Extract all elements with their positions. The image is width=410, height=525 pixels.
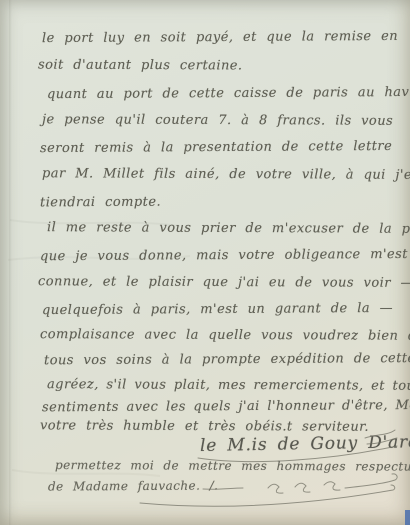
letter-line: connue, et le plaisir que j'ai eu de vou… [38, 274, 410, 291]
paper-crease [9, 0, 12, 525]
letter-line: seront remis à la presentation de cette … [40, 139, 392, 156]
letter-line: votre très humble et très obéis.t servit… [40, 418, 369, 434]
letter-line: par M. Millet fils ainé, de votre ville,… [42, 166, 410, 183]
letter-line: tous vos soins à la prompte expédition d… [44, 351, 410, 369]
letter-line: il me reste à vous prier de m'excuser de… [47, 220, 410, 237]
letter-line: complaisance avec la quelle vous voudrez… [40, 327, 410, 344]
letter-line: agréez, s'il vous plait, mes remerciemen… [47, 377, 410, 394]
letter-line: que je vous donne, mais votre obligeance… [40, 247, 410, 264]
letter-line: le port luy en soit payé, et que la remi… [42, 29, 398, 46]
letter-line: je pense qu'il coutera 7. à 8 francs. il… [42, 112, 393, 129]
letter-line: quant au port de cette caisse de paris a… [47, 85, 410, 102]
postscript-line: permettez moi de mettre mes hommages res… [55, 458, 410, 474]
letter-page: le port luy en soit payé, et que la remi… [0, 0, 410, 525]
letter-line: quelquefois à paris, m'est un garant de … [42, 301, 393, 318]
letter-line: soit d'autant plus certaine. [38, 58, 243, 74]
letter-line: sentiments avec les quels j'ai l'honneur… [42, 398, 410, 416]
postscript-line: de Madame fauvache. /. [48, 478, 218, 493]
signature: le M.is de Gouy D'arcy [200, 432, 410, 456]
corner-blue-mark [405, 510, 410, 525]
letter-line: tiendrai compte. [40, 195, 161, 211]
